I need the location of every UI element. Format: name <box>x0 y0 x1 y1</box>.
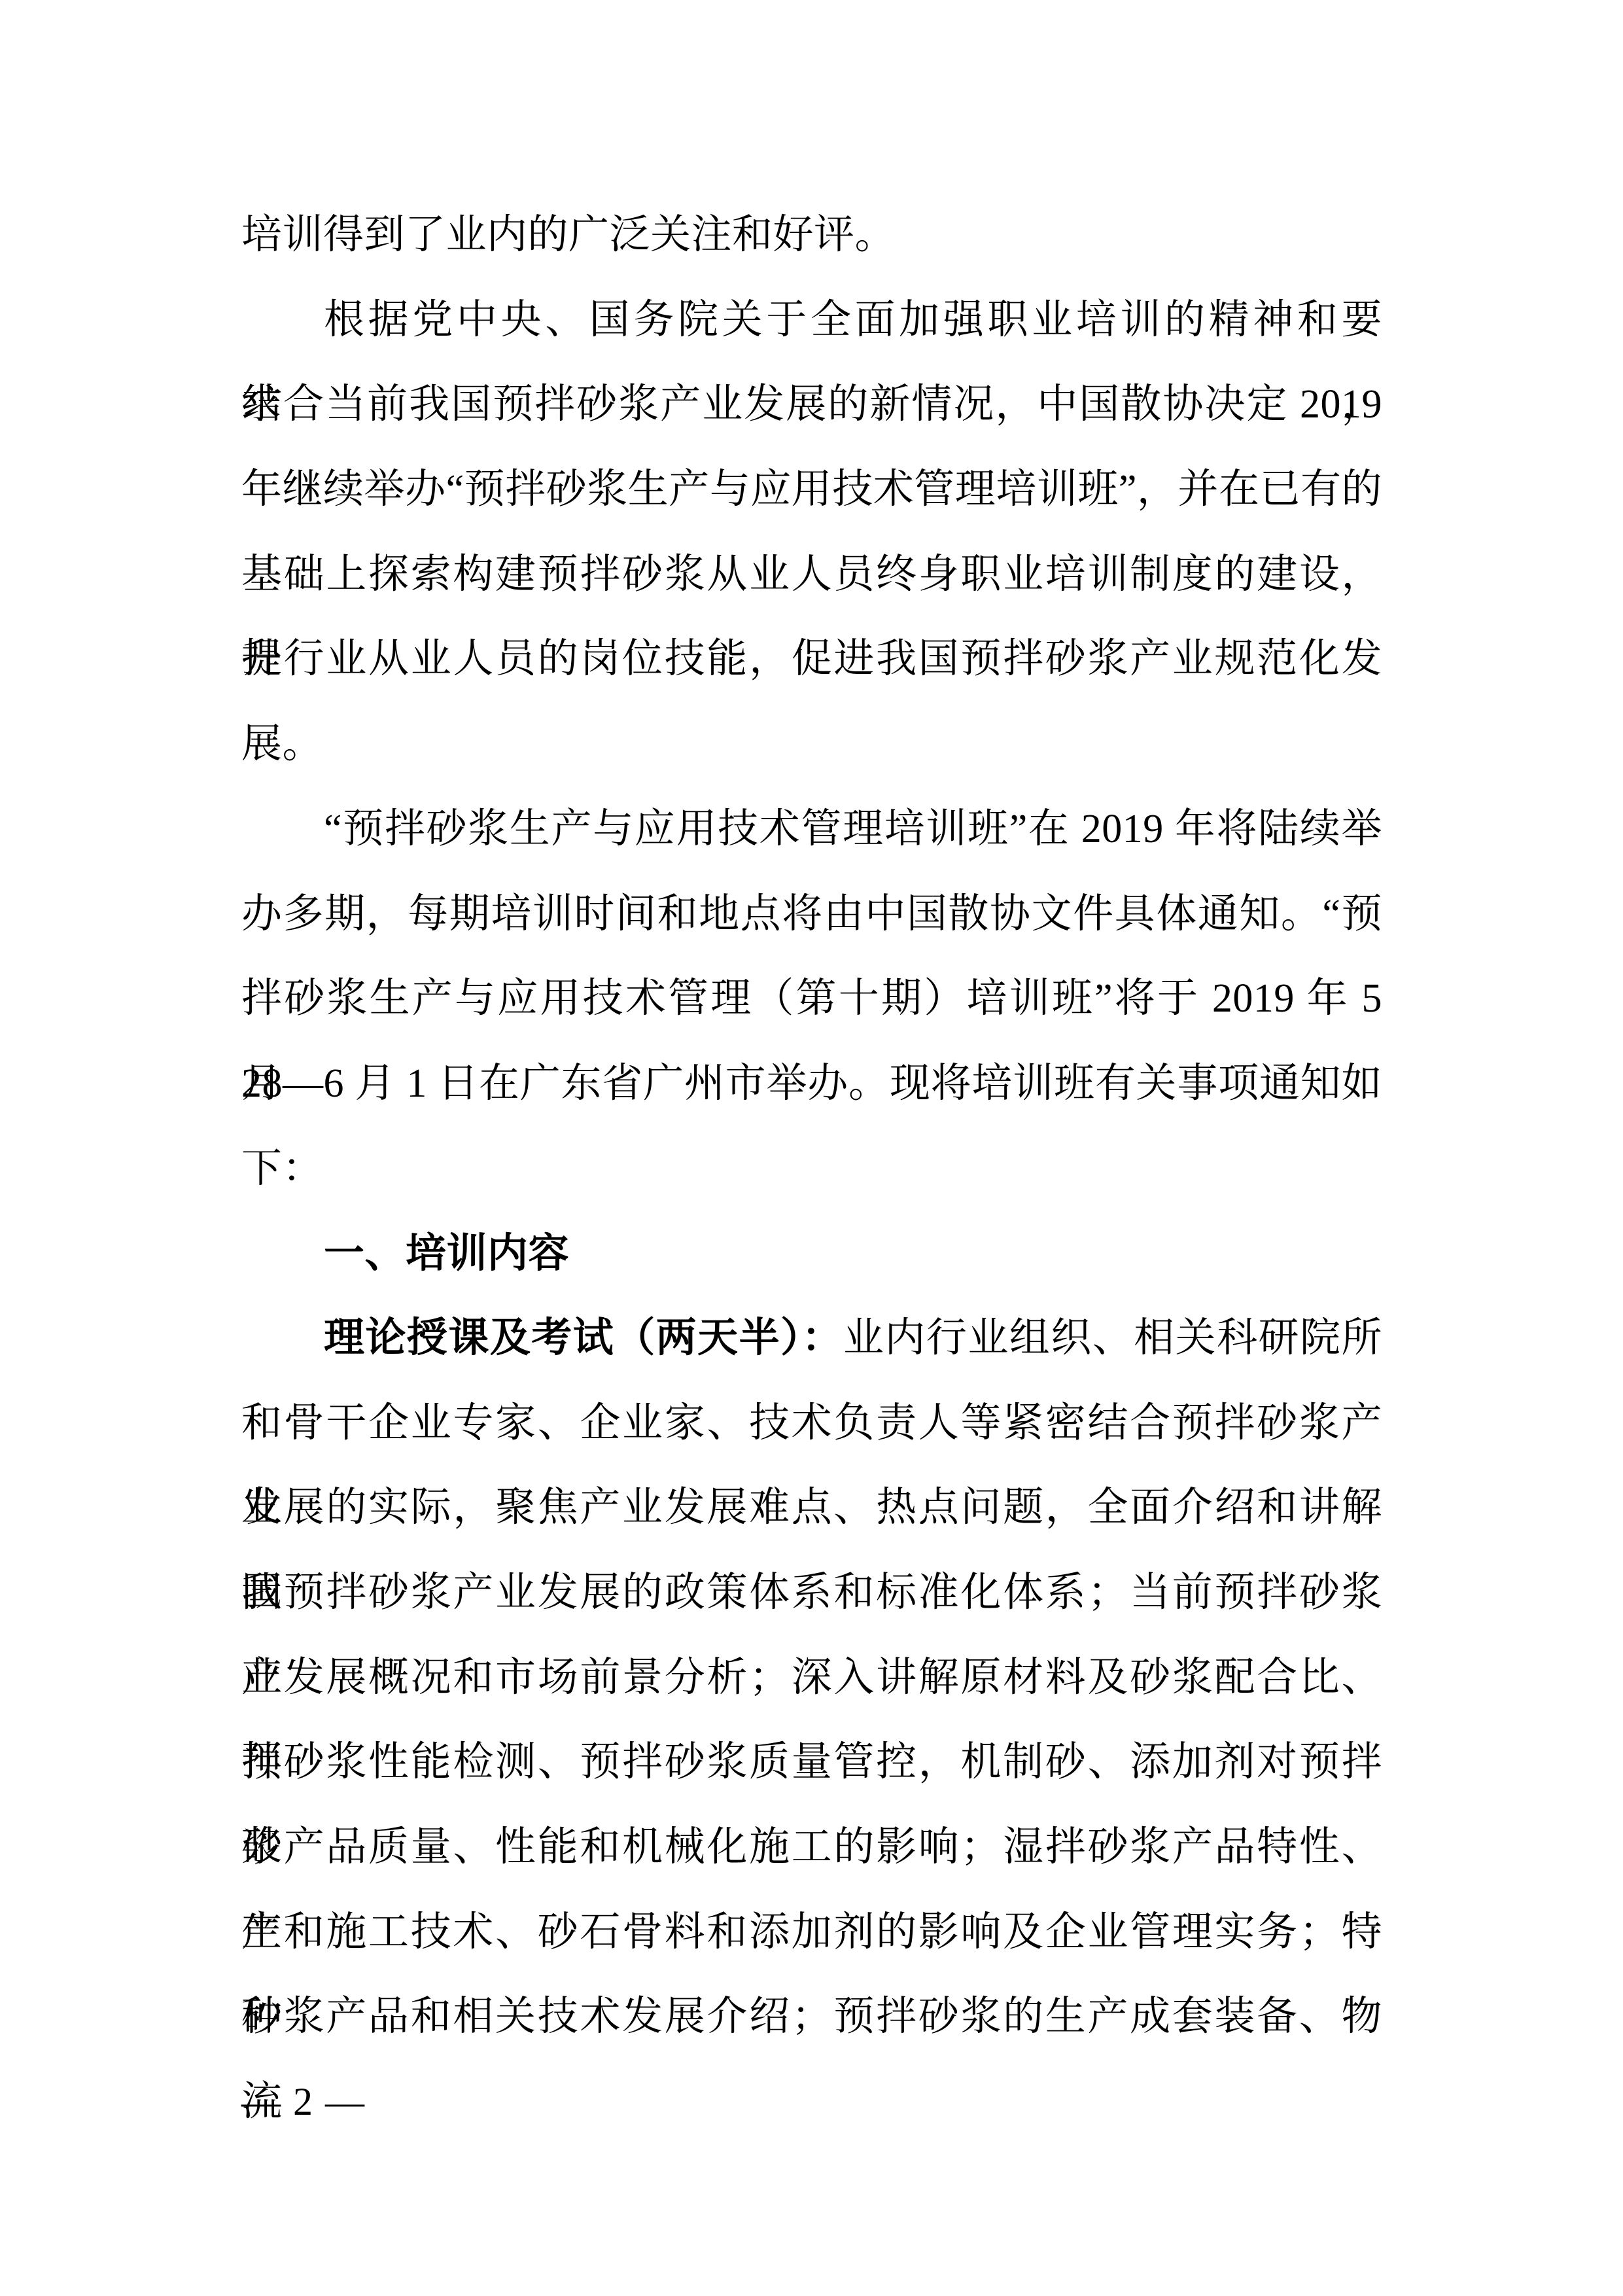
text-line: 发展的实际，聚焦产业发展难点、热点问题，全面介绍和讲解我 <box>241 1466 1382 1551</box>
text-line: 砂浆产品和相关技术发展介绍；预拌砂浆的生产成套装备、物流 <box>241 1975 1382 2060</box>
text-line: 浆产品质量、性能和机械化施工的影响；湿拌砂浆产品特性、生 <box>241 1805 1382 1890</box>
text-line: 升行业从业人员的岗位技能，促进我国预拌砂浆产业规范化发 <box>241 617 1382 702</box>
text-line: 展。 <box>241 702 1382 787</box>
bold-lead-text: 理论授课及考试（两天半）： <box>324 1316 843 1360</box>
text-line: 基础上探索构建预拌砂浆从业人员终身职业培训制度的建设，提 <box>241 533 1382 618</box>
text-line: 理论授课及考试（两天半）：业内行业组织、相关科研院所 <box>241 1296 1382 1381</box>
text-line: 年继续举办“预拌砂浆生产与应用技术管理培训班”，并在已有的 <box>241 448 1382 533</box>
text-line: 产和施工技术、砂石骨料和添加剂的影响及企业管理实务；特种 <box>241 1890 1382 1975</box>
text-line: 拌砂浆性能检测、预拌砂浆质量管控，机制砂、添加剂对预拌砂 <box>241 1720 1382 1805</box>
text-span: 业内行业组织、相关科研院所 <box>843 1316 1382 1360</box>
text-line: 国预拌砂浆产业发展的政策体系和标准化体系；当前预拌砂浆产 <box>241 1551 1382 1636</box>
page-number-footer: — 2 — <box>241 2060 1382 2145</box>
text-line: 业发展概况和市场前景分析；深入讲解原材料及砂浆配合比、预 <box>241 1636 1382 1721</box>
text-line: 办多期，每期培训时间和地点将由中国散协文件具体通知。“预 <box>241 872 1382 957</box>
text-line: “预拌砂浆生产与应用技术管理培训班”在 2019 年将陆续举 <box>241 787 1382 872</box>
text-line: 28—6 月 1 日在广东省广州市举办。现将培训班有关事项通知如 <box>241 1042 1382 1127</box>
text-line: 下： <box>241 1127 1382 1212</box>
document-body: 培训得到了业内的广泛关注和好评。 根据党中央、国务院关于全面加强职业培训的精神和… <box>241 193 1382 2145</box>
text-line: 根据党中央、国务院关于全面加强职业培训的精神和要求， <box>241 278 1382 363</box>
text-line: 和骨干企业专家、企业家、技术负责人等紧密结合预拌砂浆产业 <box>241 1381 1382 1466</box>
text-line: 结合当前我国预拌砂浆产业发展的新情况，中国散协决定 2019 <box>241 362 1382 448</box>
document-page: 培训得到了业内的广泛关注和好评。 根据党中央、国务院关于全面加强职业培训的精神和… <box>0 0 1623 2296</box>
section-heading: 一、培训内容 <box>241 1211 1382 1296</box>
text-line: 培训得到了业内的广泛关注和好评。 <box>241 193 1382 278</box>
text-line: 拌砂浆生产与应用技术管理（第十期）培训班”将于 2019 年 5 月 <box>241 957 1382 1042</box>
